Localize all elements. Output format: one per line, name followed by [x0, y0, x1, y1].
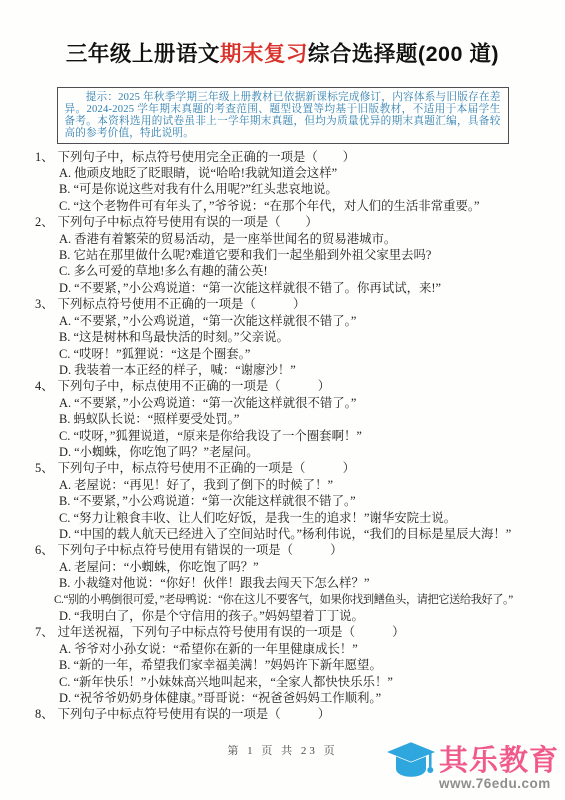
- question-stem-line: 4、下列句子中，标点使用不正确的一项是（ ）: [35, 378, 565, 394]
- page-title-suffix: 综合选择题(200 道): [308, 42, 499, 66]
- brand-name: 其乐教育: [439, 746, 559, 776]
- option-line: B. 蚂蚁队长说：“照样要受处罚。”: [35, 411, 565, 427]
- option-line: B. 它站在那里做什么呢?难道它要和我们一起坐船到外祖父家里去吗?: [35, 247, 565, 263]
- question-number: 6、: [35, 543, 54, 557]
- question-block: 2、下列句子中标点符号使用有误的一项是（ ） A. 香港有着繁荣的贸易活动，是一…: [35, 214, 565, 296]
- question-block: 5、下列句子中，标点符号使用不正确的一项是（ ） A. 老屋说：“再见！好了，我…: [35, 460, 565, 542]
- option-line: C. “哎呀，”狐狸说道，“原来是你给我设了一个圈套啊！”: [35, 428, 565, 444]
- option-list: A. 老屋问：“小蜘蛛，你吃饱了吗？”B. 小裁缝对他说：“你好！伙伴！跟我去闯…: [35, 559, 565, 625]
- option-line: D. “不要紧，”小公鸡说道：“第一次能这样就很不错了。你再试试，来!”: [35, 280, 565, 296]
- question-stem-line: 8、下列句子中标点符号使用有误的一项是（ ）: [35, 706, 565, 722]
- option-list: A. 香港有着繁荣的贸易活动，是一座举世闻名的贸易港城市。B. 它站在那里做什么…: [35, 231, 565, 297]
- option-list: A. 爷爷对小孙女说：“希望你在新的一年里健康成长！”B. “新的一年，希望我们…: [35, 641, 565, 707]
- option-line: B. “这是树林和鸟最快活的时刻。”父亲说。: [35, 329, 565, 345]
- question-stem: 下列句子中标点符号使用有错误的一项是（ ）: [58, 543, 343, 557]
- graduation-cap-shape: [387, 742, 435, 777]
- question-stem: 下列句子中标点符号使用有误的一项是（ ）: [58, 707, 331, 721]
- option-line: B. 小裁缝对他说：“你好！伙伴！跟我去闯天下怎么样？”: [35, 575, 565, 591]
- question-stem-line: 5、下列句子中，标点符号使用不正确的一项是（ ）: [35, 460, 565, 476]
- option-line: D. 我装着一本正经的样子，喊：“谢廖沙！”: [35, 362, 565, 378]
- question-number: 1、: [35, 150, 54, 164]
- option-line: B. “新的一年，希望我们家幸福美满！”妈妈许下新年愿望。: [35, 657, 565, 673]
- option-line: D. “小蜘蛛，你吃饱了吗？”老屋问。: [35, 444, 565, 460]
- option-line: A. “不要紧，”小公鸡说道，“第一次能这样就很不错了。”: [35, 313, 565, 329]
- question-stem-line: 3、下列标点符号使用不正确的一项是（ ）: [35, 296, 565, 312]
- question-block: 4、下列句子中，标点使用不正确的一项是（ ） A. “不要紧，”小公鸡说道：“第…: [35, 378, 565, 460]
- option-line: C.“别的小鸭倒很可爱，”老母鸭说：“你在这儿不要客气，如果你找到鳝鱼头，请把它…: [35, 592, 565, 608]
- option-list: A. “不要紧，”小公鸡说道：“第一次能这样就很不错了。”B. 蚂蚁队长说：“照…: [35, 395, 565, 461]
- question-stem-line: 1、下列句子中，标点符号使用完全正确的一项是（ ）: [35, 149, 565, 165]
- question-stem: 下列句子中，标点符号使用完全正确的一项是（ ）: [58, 150, 355, 164]
- page-title: 三年级上册语文期末复习综合选择题(200 道): [0, 0, 565, 68]
- option-line: A. 香港有着繁荣的贸易活动，是一座举世闻名的贸易港城市。: [35, 231, 565, 247]
- option-line: D. “中国的载人航天已经进入了空间站时代。”杨利伟说，“我们的目标是星辰大海！…: [35, 526, 565, 542]
- option-line: B. “可是你说这些对我有什么用呢?”红头悲哀地说。: [35, 181, 565, 197]
- option-line: C. “努力让粮食丰收、让人们吃好饭，是我一生的追求！”谢华安院士说。: [35, 510, 565, 526]
- question-block: 7、过年送祝福，下列句子中标点符号使用有误的一项是（ ） A. 爷爷对小孙女说：…: [35, 624, 565, 706]
- option-line: C. “这个老物件可有年头了，”爷爷说：“在那个年代，对人们的生活非常重要。”: [35, 198, 565, 214]
- page-title-prefix: 三年级上册语文: [66, 42, 220, 66]
- question-block: 8、下列句子中标点符号使用有误的一项是（ ）: [35, 706, 565, 722]
- notice-text: 提示：2025 年秋季学期三年级上册教材已依据新课标完成修订，内容体系与旧版存在…: [65, 92, 501, 139]
- option-line: D. “祝爷爷奶奶身体健康。”哥哥说：“祝爸爸妈妈工作顺利。”: [35, 690, 565, 706]
- option-line: A. “不要紧，”小公鸡说道：“第一次能这样就很不错了。”: [35, 395, 565, 411]
- question-number: 2、: [35, 215, 54, 229]
- question-block: 1、下列句子中，标点符号使用完全正确的一项是（ ） A. 他顽皮地眨了眨眼睛，说…: [35, 149, 565, 215]
- option-line: A. 他顽皮地眨了眨眼睛，说“哈哈!我就知道会这样”: [35, 165, 565, 181]
- option-line: A. 老屋说：“再见！好了，我到了倒下的时候了！”: [35, 477, 565, 493]
- question-number: 5、: [35, 461, 54, 475]
- question-stem-line: 2、下列句子中标点符号使用有误的一项是（ ）: [35, 214, 565, 230]
- question-stem: 过年送祝福，下列句子中标点符号使用有误的一项是（ ）: [58, 625, 405, 639]
- question-number: 4、: [35, 379, 54, 393]
- option-line: D. “我明白了，你是个守信用的孩子。”妈妈望着丁丁说。: [35, 608, 565, 624]
- question-stem: 下列标点符号使用不正确的一项是（ ）: [58, 297, 306, 311]
- option-list: A. 老屋说：“再见！好了，我到了倒下的时候了！”B. “不要紧，”小公鸡说道：…: [35, 477, 565, 543]
- option-line: A. 老屋问：“小蜘蛛，你吃饱了吗？”: [35, 559, 565, 575]
- graduation-cap-icon: [387, 736, 435, 792]
- question-block: 3、下列标点符号使用不正确的一项是（ ） A. “不要紧，”小公鸡说道，“第一次…: [35, 296, 565, 378]
- option-list: A. “不要紧，”小公鸡说道，“第一次能这样就很不错了。”B. “这是树林和鸟最…: [35, 313, 565, 379]
- question-stem: 下列句子中，标点使用不正确的一项是（ ）: [58, 379, 331, 393]
- question-list: 1、下列句子中，标点符号使用完全正确的一项是（ ） A. 他顽皮地眨了眨眼睛，说…: [35, 149, 565, 723]
- brand-website: www.76edu.com: [439, 776, 551, 792]
- question-stem: 下列句子中标点符号使用有误的一项是（ ）: [58, 215, 318, 229]
- document-page: 三年级上册语文期末复习综合选择题(200 道) 提示：2025 年秋季学期三年级…: [0, 0, 565, 800]
- option-line: B. “不要紧，”小公鸡说道：“第一次能这样就很不错了。”: [35, 493, 565, 509]
- option-line: C. 多么可爱的草地!多么有趣的蒲公英!: [35, 263, 565, 279]
- brand-logo: 其乐教育 www.76edu.com: [387, 736, 559, 792]
- question-number: 8、: [35, 707, 54, 721]
- option-list: A. 他顽皮地眨了眨眼睛，说“哈哈!我就知道会这样”B. “可是你说这些对我有什…: [35, 165, 565, 214]
- question-stem-line: 6、下列句子中标点符号使用有错误的一项是（ ）: [35, 542, 565, 558]
- option-line: A. 爷爷对小孙女说：“希望你在新的一年里健康成长！”: [35, 641, 565, 657]
- page-title-highlight: 期末复习: [220, 42, 308, 66]
- option-line: C. “新年快乐！”小妹妹高兴地叫起来，“全家人都快快乐乐！”: [35, 674, 565, 690]
- notice-box: 提示：2025 年秋季学期三年级上册教材已依据新课标完成修订，内容体系与旧版存在…: [57, 87, 509, 144]
- question-block: 6、下列句子中标点符号使用有错误的一项是（ ） A. 老屋问：“小蜘蛛，你吃饱了…: [35, 542, 565, 624]
- question-number: 7、: [35, 625, 54, 639]
- question-stem-line: 7、过年送祝福，下列句子中标点符号使用有误的一项是（ ）: [35, 624, 565, 640]
- question-stem: 下列句子中，标点符号使用不正确的一项是（ ）: [58, 461, 355, 475]
- question-number: 3、: [35, 297, 54, 311]
- option-line: C. “哎呀！”狐狸说：“这是个圈套。”: [35, 346, 565, 362]
